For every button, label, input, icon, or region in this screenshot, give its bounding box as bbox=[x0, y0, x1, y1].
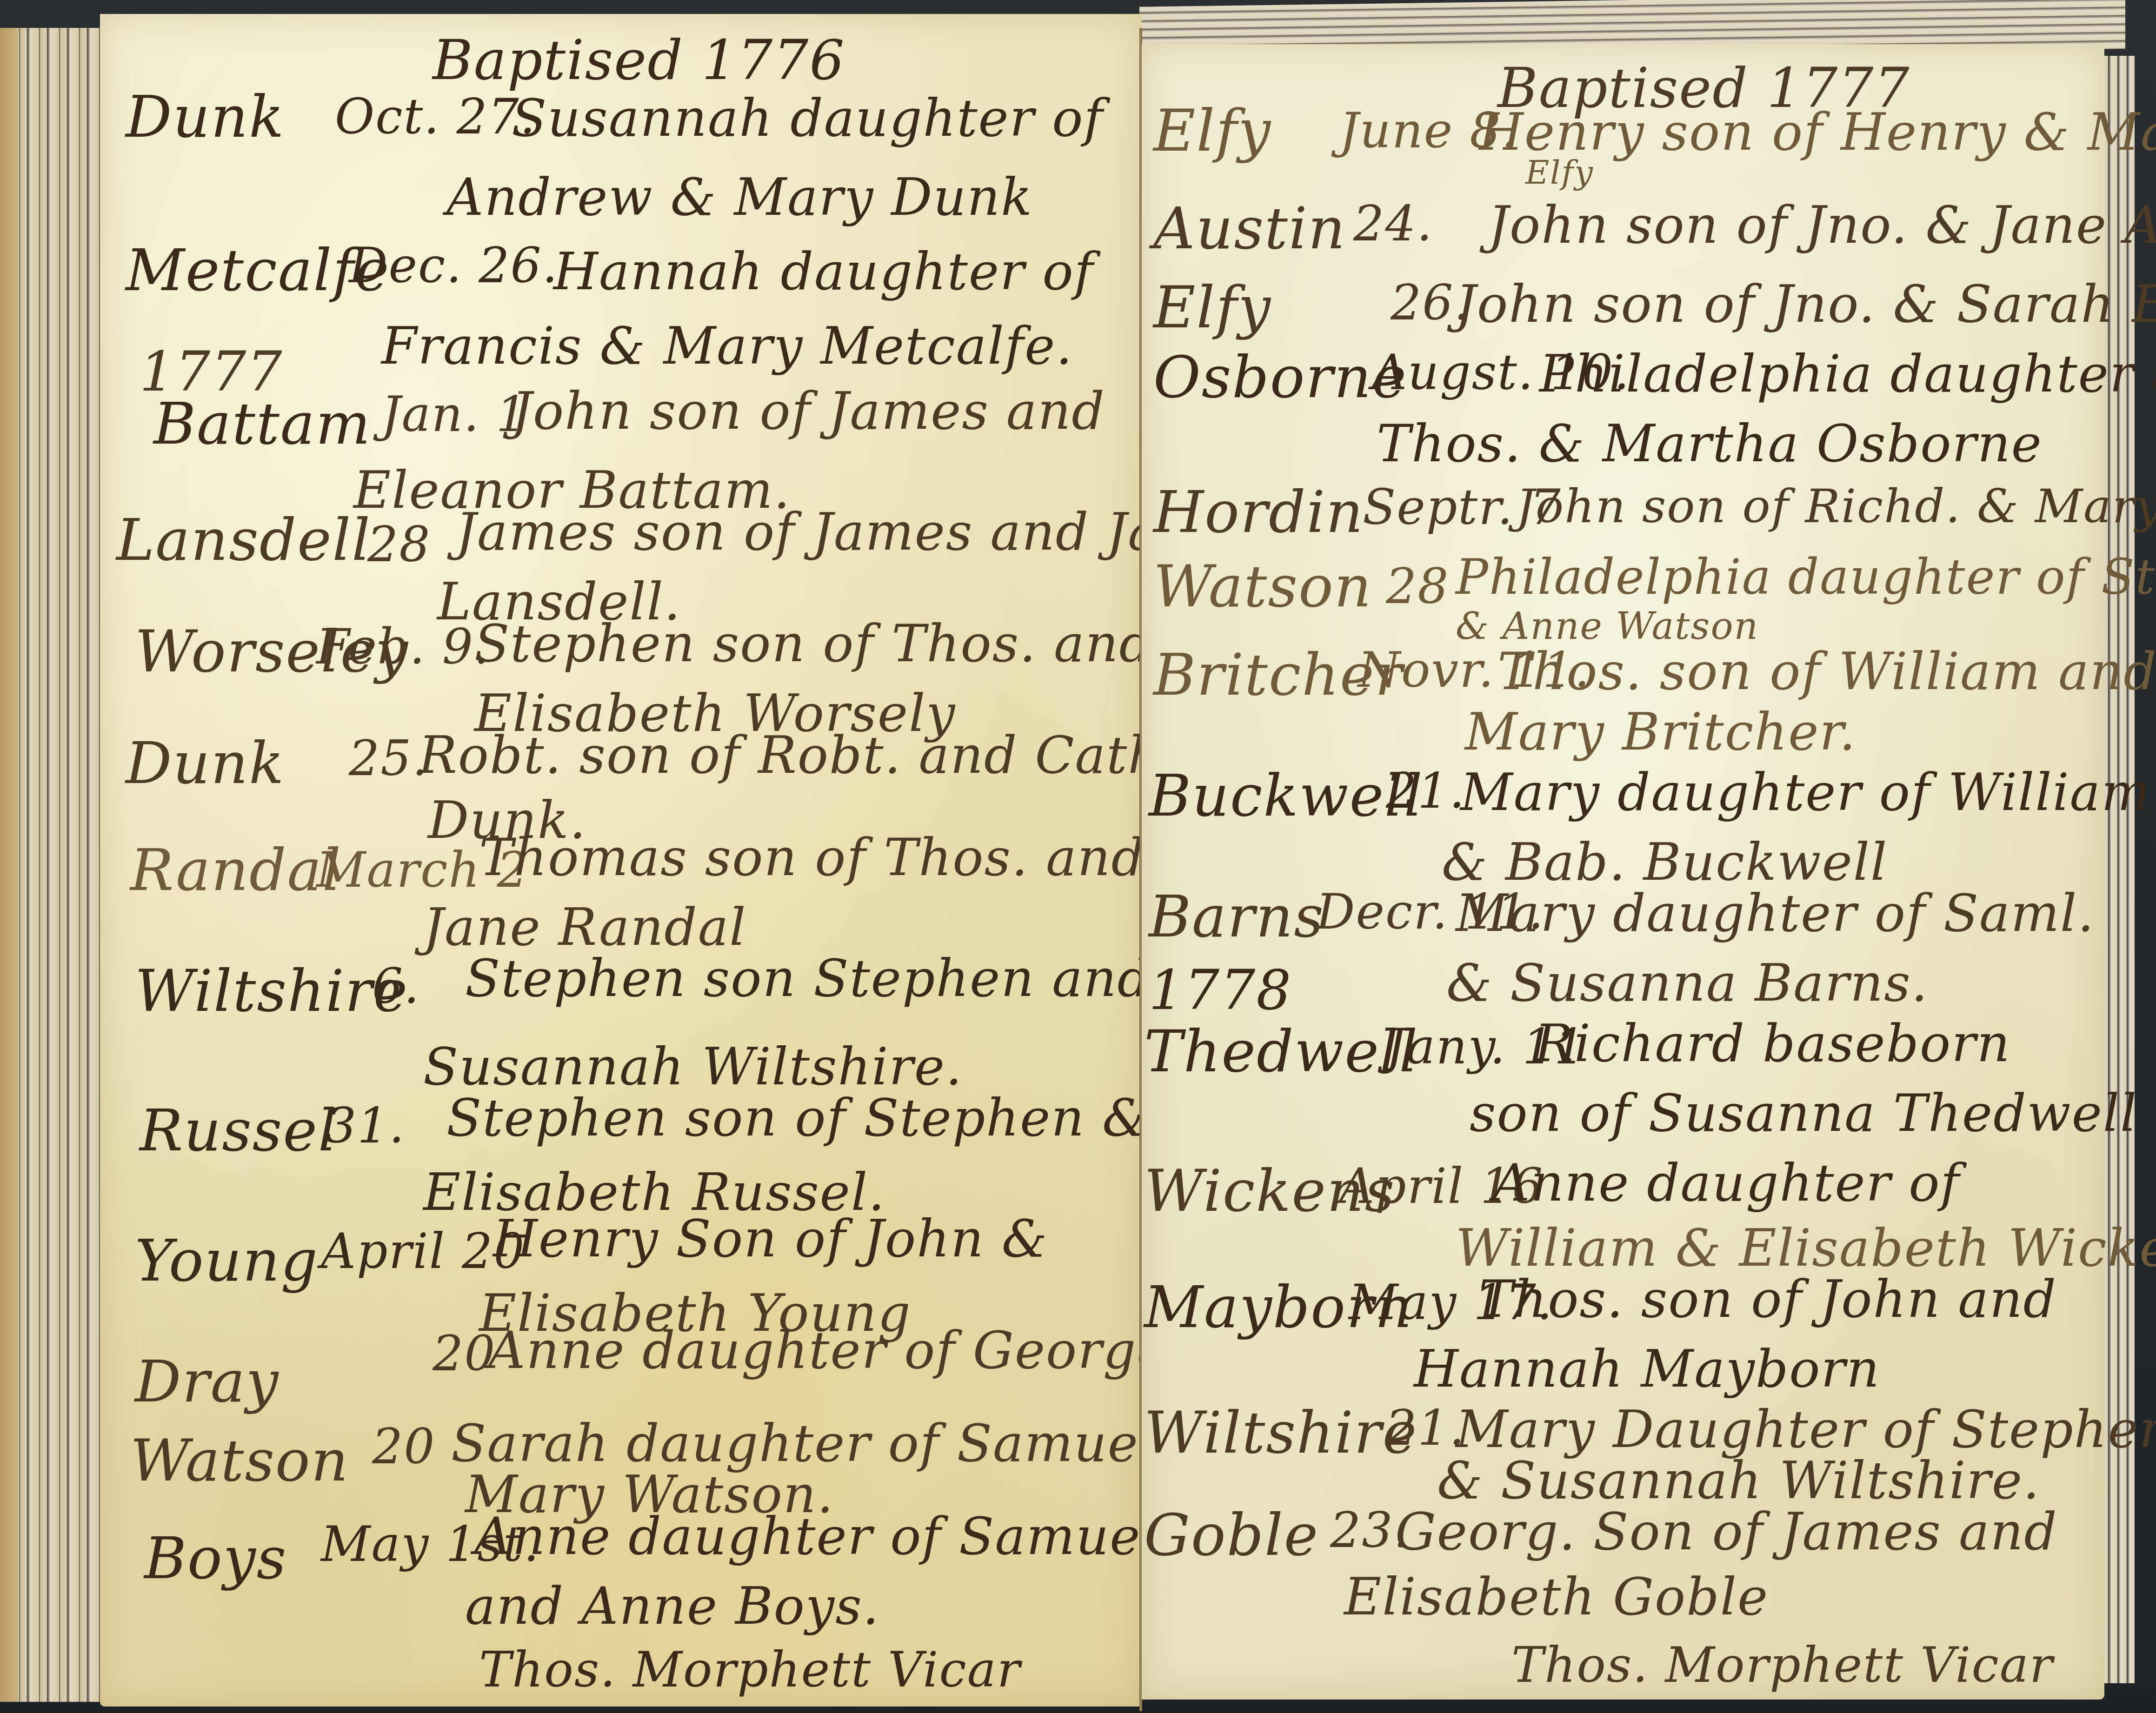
book-cover-edge bbox=[0, 28, 18, 1702]
entry-line2: Andrew & Mary Dunk bbox=[446, 167, 1033, 227]
entry-date: Dec. 26. bbox=[349, 237, 559, 294]
left-page-heading: Baptised 1776 bbox=[433, 28, 845, 92]
entry-line2: Elisabeth Goble bbox=[1344, 1567, 1769, 1627]
entry-date: 28 bbox=[367, 516, 431, 573]
entry-surname: Wiltshire bbox=[135, 958, 408, 1025]
entry-surname: Austin bbox=[1153, 195, 1346, 262]
entry-line2: Thos. & Martha Osborne bbox=[1377, 414, 2043, 473]
entry-line2: Mary Britcher. bbox=[1465, 702, 1857, 762]
year-marker: 1778 bbox=[1149, 958, 1292, 1022]
entry-line1: John son of Richd. & Mary Hordin bbox=[1516, 479, 2156, 533]
entry-surname: Russel bbox=[140, 1097, 338, 1164]
left-page-edges bbox=[0, 28, 107, 1702]
entry-surname: Battam bbox=[153, 391, 371, 458]
entry-line1: Anne daughter of bbox=[1493, 1153, 1960, 1213]
entry-date: 20 bbox=[433, 1325, 496, 1382]
entry-line1: Stephen son of Thos. and bbox=[474, 614, 1153, 673]
entry-line1: Thos. son of William and bbox=[1497, 642, 2156, 701]
entry-date: 25. bbox=[349, 730, 428, 787]
entry-line1: Mary daughter of William bbox=[1460, 763, 2151, 822]
entry-line1: John son of Jno. & Jane Austin bbox=[1488, 195, 2156, 255]
entry-date: Jan. 1 bbox=[381, 386, 528, 443]
vicar-signature: Thos. Morphett Vicar bbox=[1511, 1637, 2054, 1693]
entry-surname: Dunk bbox=[126, 730, 285, 797]
entry-date: 21. bbox=[1386, 1400, 1465, 1456]
entry-date: 31. bbox=[326, 1097, 405, 1154]
entry-date: 24. bbox=[1353, 195, 1433, 252]
entry-surname: Elfy bbox=[1153, 274, 1271, 341]
entry-surname: Barns bbox=[1149, 883, 1324, 950]
entry-surname: Randal bbox=[130, 837, 342, 904]
entry-date: 28 bbox=[1386, 558, 1449, 615]
entry-surname: Goble bbox=[1144, 1502, 1319, 1569]
entry-surname: Young bbox=[135, 1228, 319, 1295]
entry-line1: Stephen son of Stephen & bbox=[446, 1088, 1149, 1148]
entry-surname: Elfy bbox=[1153, 98, 1271, 165]
entry-surname: Dray bbox=[135, 1348, 279, 1415]
entry-line2: Francis & Mary Metcalfe. bbox=[381, 316, 1073, 376]
entry-line2: Jane Randal bbox=[423, 897, 747, 957]
entry-line1: Henry Son of John & bbox=[493, 1209, 1048, 1268]
vicar-signature: Thos. Morphett Vicar bbox=[479, 1641, 1021, 1698]
entry-line2: Hannah Mayborn bbox=[1414, 1339, 1880, 1399]
entry-line2: William & Elisabeth Wickens bbox=[1456, 1218, 2156, 1278]
entry-line1: Georg. Son of James and bbox=[1395, 1502, 2058, 1561]
entry-surname: Osborne bbox=[1153, 344, 1407, 411]
entry-line1: Henry son of Henry & Mary bbox=[1479, 102, 2156, 162]
entry-line1: Philadelphia daughter of bbox=[1539, 344, 2156, 404]
entry-date: 6. bbox=[372, 958, 420, 1015]
entry-surname: Hordin bbox=[1153, 479, 1364, 546]
entry-date: 21. bbox=[1386, 763, 1465, 819]
entry-line2: and Anne Boys. bbox=[465, 1576, 880, 1636]
entry-surname: Watson bbox=[1153, 553, 1372, 620]
entry-date: Oct. 27. bbox=[335, 88, 536, 145]
entry-line1: Thos. son of John and bbox=[1479, 1269, 2057, 1329]
entry-surname: Dunk bbox=[126, 84, 285, 151]
entry-date: Feb. 9. bbox=[316, 618, 490, 675]
entry-line1: Mary Daughter of Stephen bbox=[1456, 1400, 2156, 1459]
entry-line1: Thomas son of Thos. and bbox=[479, 828, 1145, 887]
entry-line1: Sarah daughter of Samuel & bbox=[451, 1414, 1220, 1473]
entry-line2: son of Susanna Thedwell bbox=[1470, 1083, 2137, 1143]
entry-line1: John son of James and bbox=[512, 381, 1105, 441]
entry-line1: Anne daughter of Samuel bbox=[474, 1507, 1158, 1566]
entry-surname: Buckwell bbox=[1149, 763, 1423, 830]
entry-surname: Thedwell bbox=[1144, 1018, 1418, 1085]
entry-date: 20 bbox=[372, 1418, 435, 1475]
entry-surname: Watson bbox=[130, 1427, 349, 1494]
entry-line2: & Susannah Wiltshire. bbox=[1437, 1451, 2040, 1510]
entry-line1: Stephen son Stephen and bbox=[465, 949, 1151, 1008]
entry-line1: James son of James and Jane bbox=[456, 502, 1224, 562]
entry-line2: & Susanna Barns. bbox=[1446, 953, 1929, 1013]
entry-surname: Boys bbox=[144, 1525, 287, 1592]
entry-line1: Susannah daughter of bbox=[512, 88, 1104, 148]
entry-line1: John son of Jno. & Sarah Elfy. bbox=[1456, 274, 2156, 334]
entry-line2: Elfy bbox=[1525, 153, 1594, 192]
entry-line1: Richard baseborn bbox=[1535, 1014, 2011, 1073]
entry-surname: Wiltshire bbox=[1144, 1400, 1417, 1467]
entry-line1: Mary daughter of Saml. bbox=[1456, 883, 2095, 943]
entry-line2: Susannah Wiltshire. bbox=[423, 1037, 963, 1096]
entry-line1: Philadelphia daughter of Stephen bbox=[1456, 549, 2156, 605]
entry-line2: & Bab. Buckwell bbox=[1442, 832, 1888, 892]
entry-line1: Hannah daughter of bbox=[553, 242, 1094, 301]
entry-surname: Lansdell bbox=[116, 507, 371, 574]
